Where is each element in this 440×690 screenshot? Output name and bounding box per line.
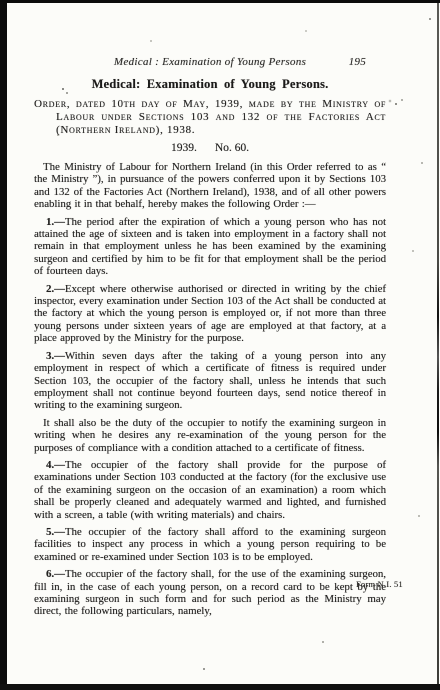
scanned-document-page: Medical : Examination of Young Persons 1… [0, 0, 440, 690]
paragraph-text: The Ministry of Labour for Northern Irel… [34, 161, 386, 210]
scan-border-right [437, 3, 439, 684]
series-number: No. 60. [215, 142, 249, 154]
paragraph-1: 1.—The period after the expiration of wh… [34, 216, 386, 278]
paragraph-text: Except where otherwise authorised or dir… [34, 283, 386, 345]
running-head-title: Medical : Examination of Young Persons [114, 56, 306, 68]
page-text-block: Medical : Examination of Young Persons 1… [34, 56, 386, 618]
scan-border-left [0, 0, 7, 690]
paragraph-5: 5.—The occupier of the factory shall aff… [34, 526, 386, 563]
paragraph-6: 6.—The occupier of the factory shall, fo… [34, 568, 386, 618]
paragraph-4: 4.—The occupier of the factory shall pro… [34, 459, 386, 521]
paragraph-number: 4.— [46, 459, 65, 471]
paragraph-number: 2.— [46, 283, 65, 295]
paragraph-number: 6.— [46, 568, 65, 580]
running-head: Medical : Examination of Young Persons 1… [34, 56, 386, 68]
margin-note-form-number: Form N.I. 51 [356, 580, 418, 590]
paragraph-text: The period after the expiration of which… [34, 216, 386, 278]
page-number: 195 [349, 56, 366, 68]
order-caption: Order, dated 10th day of May, 1939, made… [34, 98, 386, 137]
scan-border-top [0, 0, 440, 3]
paragraph-number: 5.— [46, 526, 65, 538]
paragraph-3: 3.—Within seven days after the taking of… [34, 350, 386, 412]
document-title: Medical: Examination of Young Persons. [34, 77, 386, 92]
paragraph-text: Within seven days after the taking of a … [34, 350, 386, 412]
paragraph-text: The occupier of the factory shall, for t… [34, 568, 386, 617]
paragraph-3-continuation: It shall also be the duty of the occupie… [34, 417, 386, 454]
paragraph-text: The occupier of the factory shall provid… [34, 459, 386, 521]
paragraph-text: The occupier of the factory shall afford… [34, 526, 386, 563]
paragraph-number: 3.— [46, 350, 65, 362]
paragraph-2: 2.—Except where otherwise authorised or … [34, 283, 386, 345]
scan-border-bottom [0, 684, 440, 690]
series-year: 1939. [171, 142, 197, 154]
series-line: 1939.No. 60. [34, 142, 386, 154]
paragraph-number: 1.— [46, 216, 65, 228]
paragraph-6-wrap: 6.—The occupier of the factory shall, fo… [34, 568, 386, 618]
paragraph-text: It shall also be the duty of the occupie… [34, 417, 386, 454]
paragraph-preamble: The Ministry of Labour for Northern Irel… [34, 161, 386, 211]
